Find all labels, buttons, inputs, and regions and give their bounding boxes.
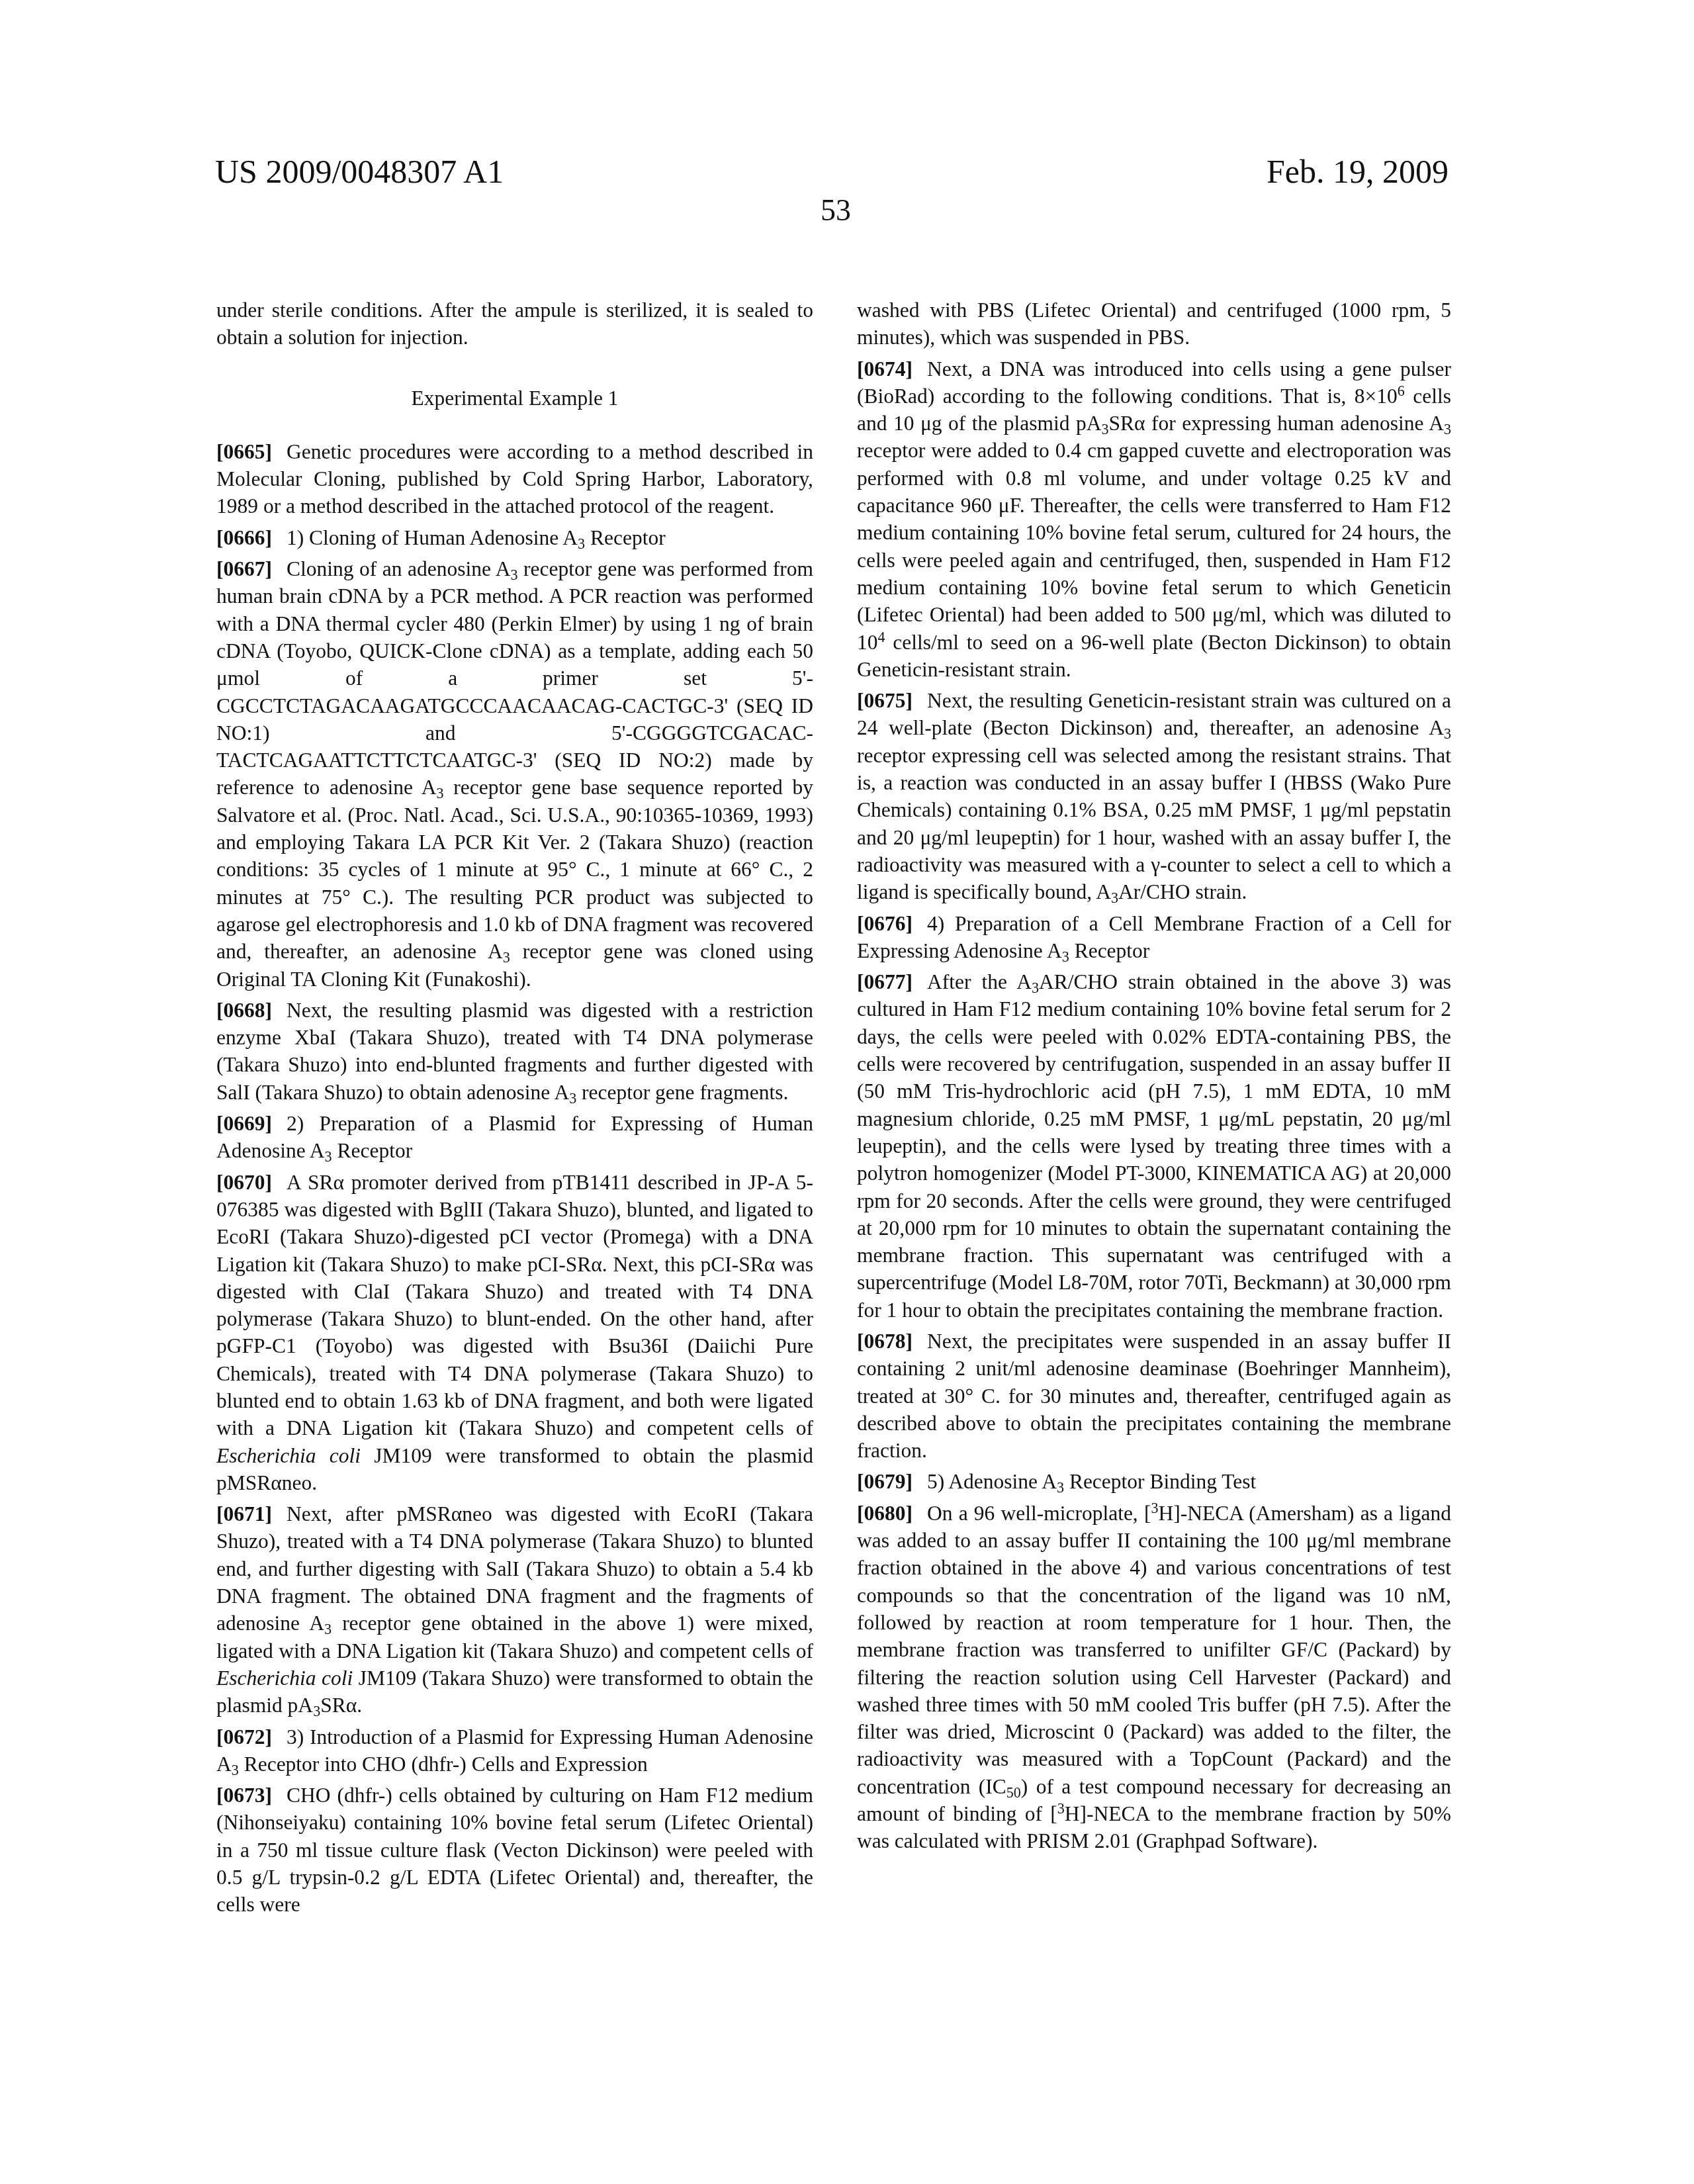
subscript: 3 <box>1444 421 1451 437</box>
text-run: H]-NECA (Amersham) as a ligand was added… <box>857 1502 1451 1798</box>
subscript: 3 <box>325 1148 332 1165</box>
subscript: 3 <box>1444 726 1451 743</box>
subscript: 3 <box>1057 1480 1064 1496</box>
subscript: 3 <box>324 1621 332 1638</box>
text-run: washed with PBS (Lifetec Oriental) and c… <box>857 298 1451 349</box>
paragraph-number: [0678] <box>857 1330 913 1353</box>
paragraph-0667: [0667]Cloning of an adenosine A3 recepto… <box>216 555 813 993</box>
paragraph-number: [0670] <box>216 1171 272 1194</box>
paragraph-0679: [0679]5) Adenosine A3 Receptor Binding T… <box>857 1468 1451 1495</box>
italic-text: Escherichia coli <box>216 1666 353 1690</box>
subscript: 3 <box>313 1703 320 1719</box>
paragraph-0676: [0676]4) Preparation of a Cell Membrane … <box>857 910 1451 965</box>
text-run: AR/CHO strain obtained in the above 3) w… <box>857 970 1451 1322</box>
text-run: On a 96 well-microplate, [ <box>927 1502 1151 1525</box>
text-run: cells/ml to seed on a 96-well plate (Bec… <box>857 631 1451 681</box>
text-run: After the A <box>927 970 1032 993</box>
paragraph-number: [0677] <box>857 970 913 993</box>
paragraph-0677: [0677]After the A3AR/CHO strain obtained… <box>857 968 1451 1324</box>
text-run: Receptor <box>1069 939 1150 962</box>
text-run: 4) Preparation of a Cell Membrane Fracti… <box>857 912 1451 962</box>
text-run: receptor gene was performed from human b… <box>216 557 813 799</box>
paragraph-0672: [0672]3) Introduction of a Plasmid for E… <box>216 1723 813 1778</box>
text-run: SRα for expressing human adenosine A <box>1108 412 1444 435</box>
paragraph-number: [0676] <box>857 912 913 935</box>
subscript: 3 <box>1111 889 1118 906</box>
text-run: receptor were added to 0.4 cm gapped cuv… <box>857 439 1451 653</box>
subscript: 3 <box>578 535 585 552</box>
text-run: CHO (dhfr-) cells obtained by culturing … <box>216 1784 813 1916</box>
text-run: receptor gene base sequence reported by … <box>216 776 813 963</box>
paragraph-0670: [0670]A SRα promoter derived from pTB141… <box>216 1169 813 1497</box>
text-run: receptor gene fragments. <box>576 1081 788 1104</box>
text-run: receptor expressing cell was selected am… <box>857 744 1451 903</box>
text-run: Receptor into CHO (dhfr-) Cells and Expr… <box>239 1752 648 1776</box>
paragraph-number: [0680] <box>857 1502 913 1525</box>
paragraph-number: [0675] <box>857 689 913 712</box>
subscript: 3 <box>503 949 510 966</box>
paragraph-number: [0669] <box>216 1112 272 1135</box>
paragraph-continuation: washed with PBS (Lifetec Oriental) and c… <box>857 296 1451 351</box>
paragraph-0671: [0671]Next, after pMSRαneo was digested … <box>216 1500 813 1719</box>
page-number: 53 <box>794 195 877 226</box>
paragraph-number: [0673] <box>216 1784 272 1807</box>
text-run: Receptor <box>332 1139 413 1162</box>
subscript: 3 <box>1101 421 1108 437</box>
paragraph-0668: [0668]Next, the resulting plasmid was di… <box>216 997 813 1106</box>
text-run: Receptor Binding Test <box>1064 1470 1256 1493</box>
text-run: Receptor <box>585 526 666 549</box>
paragraph-number: [0672] <box>216 1725 272 1749</box>
subscript: 3 <box>1032 979 1039 996</box>
subscript: 3 <box>437 786 444 802</box>
text-run: Genetic procedures were according to a m… <box>216 440 813 518</box>
text-run: 5) Adenosine A <box>927 1470 1057 1493</box>
paragraph-number: [0666] <box>216 526 272 549</box>
text-run: Next, the resulting Geneticin-resistant … <box>857 689 1451 739</box>
publication-date: Feb. 19, 2009 <box>1267 155 1449 188</box>
text-run: A SRα promoter derived from pTB1411 desc… <box>216 1171 813 1440</box>
paragraph-number: [0679] <box>857 1470 913 1493</box>
paragraph-continuation: under sterile conditions. After the ampu… <box>216 296 813 351</box>
subscript: 3 <box>569 1090 576 1107</box>
text-run: Cloning of an adenosine A <box>287 557 510 580</box>
text-run: Experimental Example 1 <box>411 387 618 410</box>
text-run: 1) Cloning of Human Adenosine A <box>287 526 578 549</box>
paragraph-number: [0667] <box>216 557 272 580</box>
paragraph-number: [0665] <box>216 440 272 463</box>
text-run: SRα. <box>320 1694 362 1717</box>
paragraph-number: [0671] <box>216 1502 272 1525</box>
right-column: washed with PBS (Lifetec Oriental) and c… <box>857 296 1451 1859</box>
paragraph-0666: [0666]1) Cloning of Human Adenosine A3 R… <box>216 524 813 551</box>
paragraph-0680: [0680]On a 96 well-microplate, [3H]-NECA… <box>857 1500 1451 1855</box>
superscript: 3 <box>1057 1800 1065 1817</box>
paragraph-number: [0674] <box>857 357 913 381</box>
subscript: 3 <box>510 567 517 583</box>
paragraph-0673: [0673]CHO (dhfr-) cells obtained by cult… <box>216 1782 813 1918</box>
paragraph-0678: [0678]Next, the precipitates were suspen… <box>857 1328 1451 1464</box>
subscript: 3 <box>1062 948 1069 965</box>
paragraph-0674: [0674]Next, a DNA was introduced into ce… <box>857 355 1451 684</box>
text-run: 2) Preparation of a Plasmid for Expressi… <box>216 1112 813 1162</box>
paragraph-0665: [0665]Genetic procedures were according … <box>216 438 813 520</box>
text-run: Next, a DNA was introduced into cells us… <box>857 357 1451 408</box>
paragraph-0669: [0669]2) Preparation of a Plasmid for Ex… <box>216 1110 813 1165</box>
subscript: 3 <box>232 1762 239 1778</box>
text-run: Ar/CHO strain. <box>1118 880 1247 903</box>
superscript: 6 <box>1398 383 1405 399</box>
paragraph-number: [0668] <box>216 999 272 1022</box>
text-run: Next, the precipitates were suspended in… <box>857 1330 1451 1462</box>
paragraph-0675: [0675]Next, the resulting Geneticin-resi… <box>857 687 1451 905</box>
text-run: under sterile conditions. After the ampu… <box>216 298 813 349</box>
section-heading: Experimental Example 1 <box>216 385 813 412</box>
superscript: 4 <box>878 629 885 645</box>
subscript: 50 <box>1006 1784 1021 1801</box>
italic-text: Escherichia coli <box>216 1444 361 1467</box>
superscript: 3 <box>1151 1500 1158 1516</box>
publication-number: US 2009/0048307 A1 <box>215 155 504 188</box>
left-column: under sterile conditions. After the ampu… <box>216 296 813 1923</box>
